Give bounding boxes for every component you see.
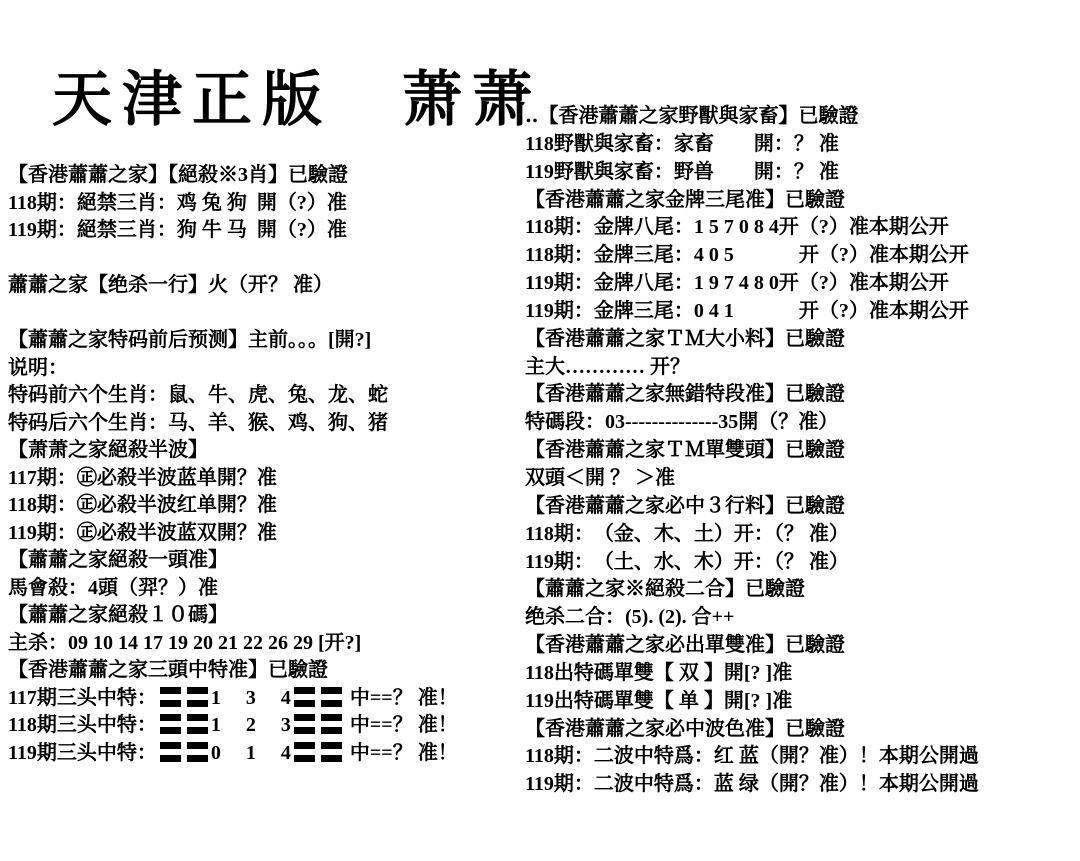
text-line: 绝杀二合：(5). (2). 合++ bbox=[525, 604, 1077, 632]
text-line: 说明： bbox=[8, 355, 524, 383]
bar bbox=[160, 714, 181, 721]
bar bbox=[187, 742, 208, 749]
bar bbox=[321, 714, 342, 721]
text-line: 118期：金牌三尾：4 0 5 开（?）准本期公开 bbox=[525, 242, 1077, 270]
lottery-tip-sheet: 天津正版 萧萧 【香港蕭蕭之家】【絕殺※3肖】已驗證118期：絕禁三肖：鸡 兔 … bbox=[0, 0, 1080, 861]
text-line: 【蕭蕭之家※絕殺二合】已驗證 bbox=[525, 576, 1077, 604]
bar bbox=[321, 700, 342, 707]
text-line: 双頭＜開 ？ ＞准 bbox=[525, 465, 1077, 493]
bar bbox=[187, 687, 208, 694]
page-title: 天津正版 萧萧 bbox=[52, 52, 542, 138]
text-line: 【蕭蕭之家絕殺１０碼】 bbox=[8, 602, 524, 630]
text-line: 馬會殺：4頭（羿？）准 bbox=[8, 575, 524, 603]
text-line: 【香港蕭蕭之家無錯特段准】已驗證 bbox=[525, 381, 1077, 409]
text-line: 119期：金牌八尾：1 9 7 4 8 0开（?）准本期公开 bbox=[525, 270, 1077, 298]
text-line: 119期：金牌三尾：0 4 1 开（?）准本期公开 bbox=[525, 298, 1077, 326]
text-line: 【香港蕭蕭之家必出單雙准】已驗證 bbox=[525, 632, 1077, 660]
bar-row bbox=[294, 742, 342, 749]
text-line: 119出特碼單雙【 单 】開[? ]准 bbox=[525, 688, 1077, 716]
text-line: 【香港蕭蕭之家必中３行料】已驗證 bbox=[525, 493, 1077, 521]
bar bbox=[187, 700, 208, 707]
bar-row bbox=[294, 714, 342, 721]
bar bbox=[294, 755, 315, 762]
bar bbox=[160, 755, 181, 762]
hexagram-bars-icon bbox=[160, 714, 208, 734]
bar bbox=[160, 700, 181, 707]
hexagram-bars-icon bbox=[294, 714, 342, 734]
bar bbox=[294, 727, 315, 734]
bar-row bbox=[160, 700, 208, 707]
text-line: 【香港蕭蕭之家ＴＭ單雙頭】已驗證 bbox=[525, 437, 1077, 465]
text-line: 119期：絕禁三肖：狗 牛 马 開（?）准 bbox=[8, 217, 524, 245]
bar-row bbox=[160, 727, 208, 734]
bar-row bbox=[294, 755, 342, 762]
text-line: 特码后六个生肖：马、羊、猴、鸡、狗、猪 bbox=[8, 410, 524, 438]
text-line: 【萧萧之家絕殺半波】 bbox=[8, 437, 524, 465]
bar-row bbox=[294, 687, 342, 694]
text-line: 特碼段：03--------------35開（？准） bbox=[525, 409, 1077, 437]
text-line: 118期：金牌八尾：1 5 7 0 8 4开（?）准本期公开 bbox=[525, 214, 1077, 242]
text-line: 蕭蕭之家【绝杀一行】火（开？ 准） bbox=[8, 272, 524, 300]
hexagram-bars-icon bbox=[160, 742, 208, 762]
text-line: 117期三头中特：1 3 4 中==？ 准！ bbox=[8, 685, 524, 713]
bar bbox=[321, 755, 342, 762]
text-line: 【香港蕭蕭之家】【絕殺※3肖】已驗證 bbox=[8, 162, 524, 190]
text-line: 118期： （金、木、土）开：（？ 准） bbox=[525, 521, 1077, 549]
bar bbox=[160, 742, 181, 749]
text-line: 【蕭蕭之家特码前后预测】主前。。。[開?] bbox=[8, 327, 524, 355]
text-line: 【香港蕭蕭之家金牌三尾准】已驗證 bbox=[525, 187, 1077, 215]
text-line: ‥【香港蕭蕭之家野獸與家畜】已驗證 bbox=[525, 103, 1077, 131]
text-line: 119期：㊣必殺半波蓝双開？准 bbox=[8, 520, 524, 548]
bar-row bbox=[160, 714, 208, 721]
text-line: 【蕭蕭之家絕殺一頭准】 bbox=[8, 547, 524, 575]
text-line: 特码前六个生肖：鼠、牛、虎、兔、龙、蛇 bbox=[8, 382, 524, 410]
text-line: 118出特碼單雙【 双 】開[? ]准 bbox=[525, 660, 1077, 688]
bar bbox=[187, 727, 208, 734]
bar bbox=[321, 727, 342, 734]
hexagram-bars-icon bbox=[294, 687, 342, 707]
text-line: 主大………… 开？ bbox=[525, 354, 1077, 382]
text-line bbox=[8, 300, 524, 328]
text-line: 【香港蕭蕭之家必中波色准】已驗證 bbox=[525, 716, 1077, 744]
text-line: 118野獸與家畜：家畜 開：？ 准 bbox=[525, 131, 1077, 159]
bar bbox=[160, 687, 181, 694]
bar bbox=[294, 742, 315, 749]
text-line: 118期：㊣必殺半波红单開？准 bbox=[8, 492, 524, 520]
bar bbox=[160, 727, 181, 734]
text-line bbox=[8, 245, 524, 273]
hexagram-bars-icon bbox=[160, 687, 208, 707]
text-line: 【香港蕭蕭之家三頭中特准】已驗證 bbox=[8, 657, 524, 685]
text-line: 119期三头中特：0 1 4 中==？ 准！ bbox=[8, 740, 524, 768]
bar bbox=[187, 755, 208, 762]
text-line: 119野獸與家畜：野兽 開：？ 准 bbox=[525, 159, 1077, 187]
bar bbox=[294, 714, 315, 721]
bar-row bbox=[294, 700, 342, 707]
bar bbox=[321, 687, 342, 694]
text-line: 118期三头中特：1 2 3 中==？ 准！ bbox=[8, 712, 524, 740]
bar-row bbox=[160, 742, 208, 749]
bar bbox=[294, 700, 315, 707]
bar bbox=[321, 742, 342, 749]
text-line: 【香港蕭蕭之家ＴＭ大小料】已驗證 bbox=[525, 326, 1077, 354]
hexagram-bars-icon bbox=[294, 742, 342, 762]
text-line: 118期：絕禁三肖：鸡 兔 狗 開（?）准 bbox=[8, 190, 524, 218]
right-column: ‥【香港蕭蕭之家野獸與家畜】已驗證118野獸與家畜：家畜 開：？ 准119野獸與… bbox=[525, 103, 1077, 799]
text-line: 119期： （土、水、木）开：（？ 准） bbox=[525, 549, 1077, 577]
bar-row bbox=[294, 727, 342, 734]
bar-row bbox=[160, 687, 208, 694]
text-line: 118期：二波中特爲：红 蓝（開？准）！本期公開過 bbox=[525, 743, 1077, 771]
text-line: 主杀：09 10 14 17 19 20 21 22 26 29 [开?] bbox=[8, 630, 524, 658]
left-column: 【香港蕭蕭之家】【絕殺※3肖】已驗證118期：絕禁三肖：鸡 兔 狗 開（?）准1… bbox=[8, 162, 524, 767]
text-line: 119期：二波中特爲：蓝 绿（開？准）！本期公開過 bbox=[525, 771, 1077, 799]
bar-row bbox=[160, 755, 208, 762]
text-line: 117期：㊣必殺半波蓝单開？准 bbox=[8, 465, 524, 493]
bar bbox=[187, 714, 208, 721]
bar bbox=[294, 687, 315, 694]
